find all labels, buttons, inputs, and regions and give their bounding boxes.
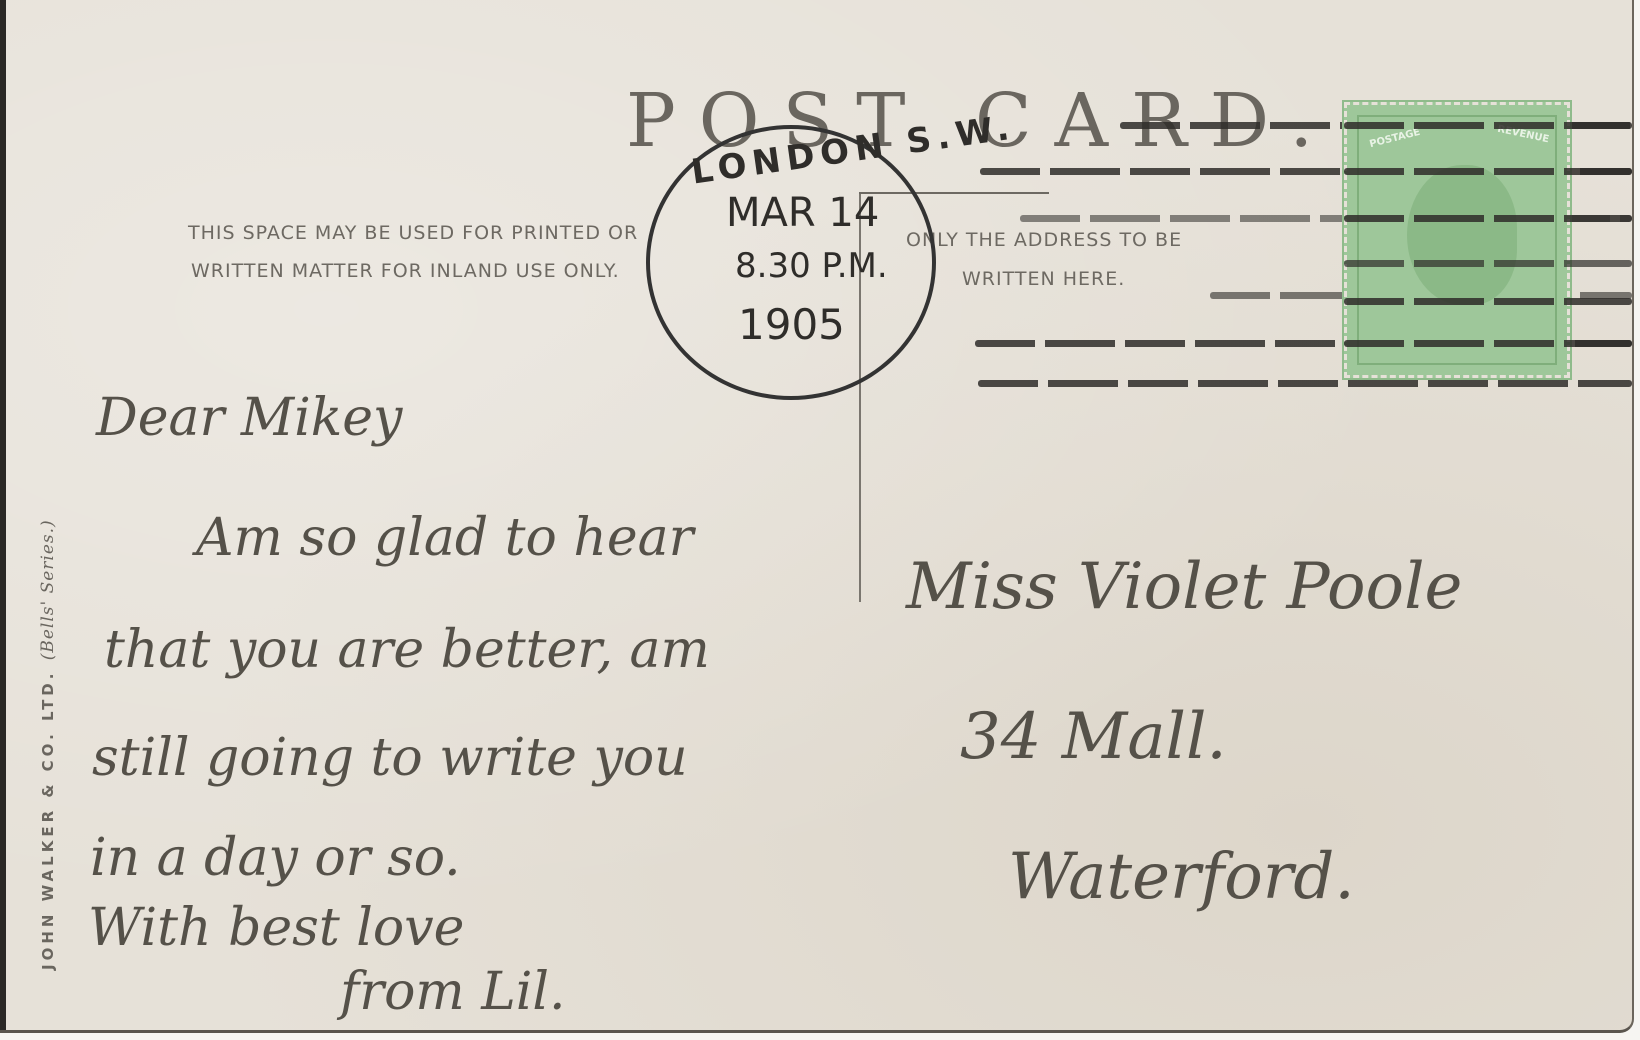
postmark-time: 8.30 P.M. (735, 246, 888, 286)
message-line: that you are better, am (104, 620, 710, 680)
postcard-back: POST CARD. THIS SPACE MAY BE USED FOR PR… (0, 0, 1634, 1033)
message-line: in a day or so. (90, 828, 461, 888)
message-line: Dear Mikey (96, 388, 402, 448)
postmark-date: MAR 14 (726, 190, 879, 236)
address-area-instruction-line2: WRITTEN HERE. (962, 268, 1125, 290)
publisher-series: (Bells' Series.) (38, 519, 58, 660)
cancellation-line (1344, 260, 1632, 267)
address-street: 34 Mall. (960, 700, 1227, 774)
message-line: Am so glad to hear (196, 508, 694, 568)
cancellation-line (978, 380, 1632, 387)
address-city: Waterford. (1008, 840, 1355, 914)
cancellation-line (1344, 298, 1632, 305)
message-area-instruction-line1: THIS SPACE MAY BE USED FOR PRINTED OR (188, 222, 638, 244)
address-recipient: Miss Violet Poole (906, 550, 1462, 624)
postmark-year: 1905 (738, 300, 845, 349)
message-line: With best love (88, 898, 464, 958)
address-area-instruction-line1: ONLY THE ADDRESS TO BE (906, 229, 1182, 251)
publisher-name: JOHN WALKER & CO. LTD. (39, 670, 57, 970)
signature: from Lil. (340, 962, 566, 1022)
publisher-imprint: JOHN WALKER & CO. LTD. (Bells' Series.) (38, 519, 58, 970)
message-area-instruction-line2: WRITTEN MATTER FOR INLAND USE ONLY. (191, 260, 620, 282)
cancellation-line (1344, 168, 1632, 175)
stamp-portrait-icon (1407, 165, 1517, 305)
cancellation-line (1344, 215, 1632, 222)
cancellation-line (1344, 340, 1632, 347)
cancellation-line (1344, 122, 1632, 129)
message-line: still going to write you (92, 728, 688, 788)
postage-stamp: POSTAGE REVENUE (1344, 102, 1570, 378)
